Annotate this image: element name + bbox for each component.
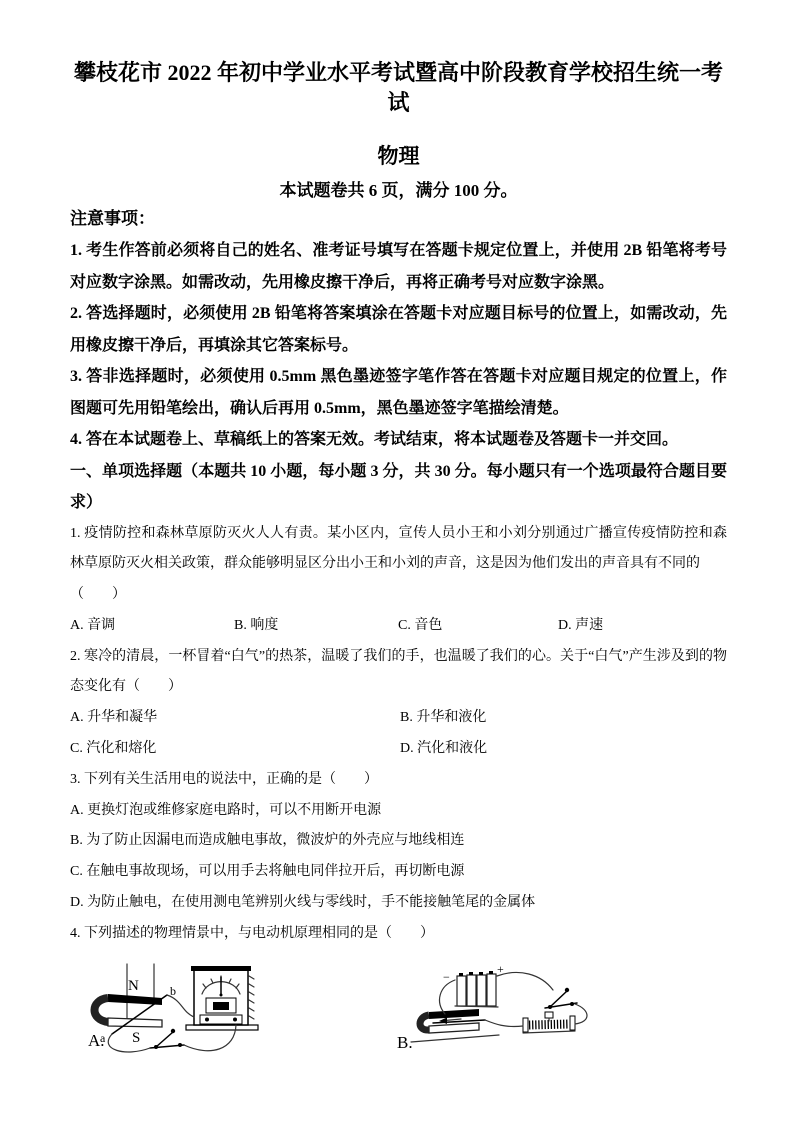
- question-1-option-c: C. 音色: [398, 611, 558, 642]
- notice-item-2: 2. 答选择题时，必须使用 2B 铅笔将答案填涂在答题卡对应题目标号的位置上，如…: [70, 298, 727, 361]
- question-1-options: A. 音调 B. 响度 C. 音色 D. 声速: [70, 611, 727, 642]
- question-1-answer-bracket: （ ）: [70, 580, 727, 611]
- question-1-option-b: B. 响度: [234, 611, 398, 642]
- battery-minus-terminal-label: −: [443, 970, 450, 984]
- notice-item-1: 1. 考生作答前必须将自己的姓名、准考证号填写在答题卡规定位置上，并使用 2B …: [70, 235, 727, 298]
- battery-pack-icon: [455, 971, 498, 1007]
- galvanometer-icon: [186, 966, 258, 1030]
- question-4-body: 下列描述的物理情景中，与电动机原理相同的是（ ）: [84, 926, 434, 941]
- figure-b-label: B.: [397, 1033, 413, 1052]
- question-2-option-c: C. 汽化和熔化: [70, 734, 400, 765]
- question-2-options-row-2: C. 汽化和熔化 D. 汽化和液化: [70, 734, 727, 765]
- question-3-number: 3.: [70, 772, 81, 787]
- question-1-option-a: A. 音调: [70, 611, 234, 642]
- paper-info: 本试题卷共 6 页，满分 100 分。: [70, 180, 727, 202]
- question-2-body: 寒冷的清晨，一杯冒着“白气”的热茶，温暖了我们的手，也温暖了我们的心。关于“白气…: [70, 649, 727, 695]
- magnet-south-pole-label: S: [132, 1030, 140, 1046]
- question-1-number: 1.: [70, 526, 81, 541]
- question-4-figures: A. N S a b: [70, 962, 727, 1092]
- question-3-option-c: C. 在触电事故现场，可以用手去将触电同伴拉开后，再切断电源: [70, 857, 727, 888]
- question-4-text: 4. 下列描述的物理情景中，与电动机原理相同的是（ ）: [70, 919, 727, 950]
- question-4-number: 4.: [70, 926, 81, 941]
- question-3-text: 3. 下列有关生活用电的说法中，正确的是（ ）: [70, 765, 727, 796]
- question-2-option-d: D. 汽化和液化: [400, 734, 727, 765]
- notice-section: 注意事项： 1. 考生作答前必须将自己的姓名、准考证号填写在答题卡规定位置上，并…: [70, 208, 727, 456]
- rheostat-icon: [523, 1012, 575, 1033]
- notice-item-4: 4. 答在本试题卷上、草稿纸上的答案无效。考试结束，将本试题卷及答题卡一并交回。: [70, 424, 727, 456]
- section-heading: 一、单项选择题（本题共 10 小题，每小题 3 分，共 30 分。每小题只有一个…: [70, 456, 727, 519]
- rod-end-b-label: b: [170, 984, 176, 998]
- question-1: 1. 疫情防控和森林草原防灭火人人有责。某小区内，宣传人员小王和小刘分别通过广播…: [70, 519, 727, 642]
- knife-switch-icon: [545, 987, 577, 1008]
- exam-paper-page: 攀枝花市 2022 年初中学业水平考试暨高中阶段教育学校招生统一考试 物理 本试…: [0, 0, 793, 1122]
- figure-b-diagram: B. − +: [395, 962, 725, 1092]
- question-2: 2. 寒冷的清晨，一杯冒着“白气”的热茶，温暖了我们的手，也温暖了我们的心。关于…: [70, 642, 727, 765]
- question-1-body: 疫情防控和森林草原防灭火人人有责。某小区内，宣传人员小王和小刘分别通过广播宣传疫…: [70, 526, 727, 572]
- question-1-text: 1. 疫情防控和森林草原防灭火人人有责。某小区内，宣传人员小王和小刘分别通过广播…: [70, 519, 727, 581]
- rod-end-a-label: a: [100, 1031, 106, 1045]
- question-1-option-d: D. 声速: [558, 611, 727, 642]
- question-4: 4. 下列描述的物理情景中，与电动机原理相同的是（ ） A. N S: [70, 919, 727, 1092]
- question-2-number: 2.: [70, 649, 81, 664]
- figure-a-diagram: A. N S a b: [70, 962, 370, 1092]
- question-3-body: 下列有关生活用电的说法中，正确的是（ ）: [84, 772, 378, 787]
- question-2-options-row-1: A. 升华和凝华 B. 升华和液化: [70, 703, 727, 734]
- question-3: 3. 下列有关生活用电的说法中，正确的是（ ） A. 更换灯泡或维修家庭电路时，…: [70, 765, 727, 919]
- table-edge-line: [411, 1035, 499, 1042]
- question-2-text: 2. 寒冷的清晨，一杯冒着“白气”的热茶，温暖了我们的手，也温暖了我们的心。关于…: [70, 642, 727, 704]
- question-3-option-b: B. 为了防止因漏电而造成触电事故，微波炉的外壳应与地线相连: [70, 826, 727, 857]
- notice-heading: 注意事项：: [70, 208, 727, 230]
- page-title: 攀枝花市 2022 年初中学业水平考试暨高中阶段教育学校招生统一考试: [70, 58, 727, 118]
- knife-switch-icon: [150, 1028, 184, 1048]
- question-2-option-b: B. 升华和液化: [400, 703, 727, 734]
- question-2-option-a: A. 升华和凝华: [70, 703, 400, 734]
- subject-title: 物理: [70, 142, 727, 170]
- question-3-option-d: D. 为防止触电，在使用测电笔辨别火线与零线时，手不能接触笔尾的金属体: [70, 888, 727, 919]
- question-3-option-a: A. 更换灯泡或维修家庭电路时，可以不用断开电源: [70, 796, 727, 827]
- notice-item-3: 3. 答非选择题时，必须使用 0.5mm 黑色墨迹签字笔作答在答题卡对应题目规定…: [70, 361, 727, 424]
- magnet-north-pole-label: N: [128, 978, 139, 994]
